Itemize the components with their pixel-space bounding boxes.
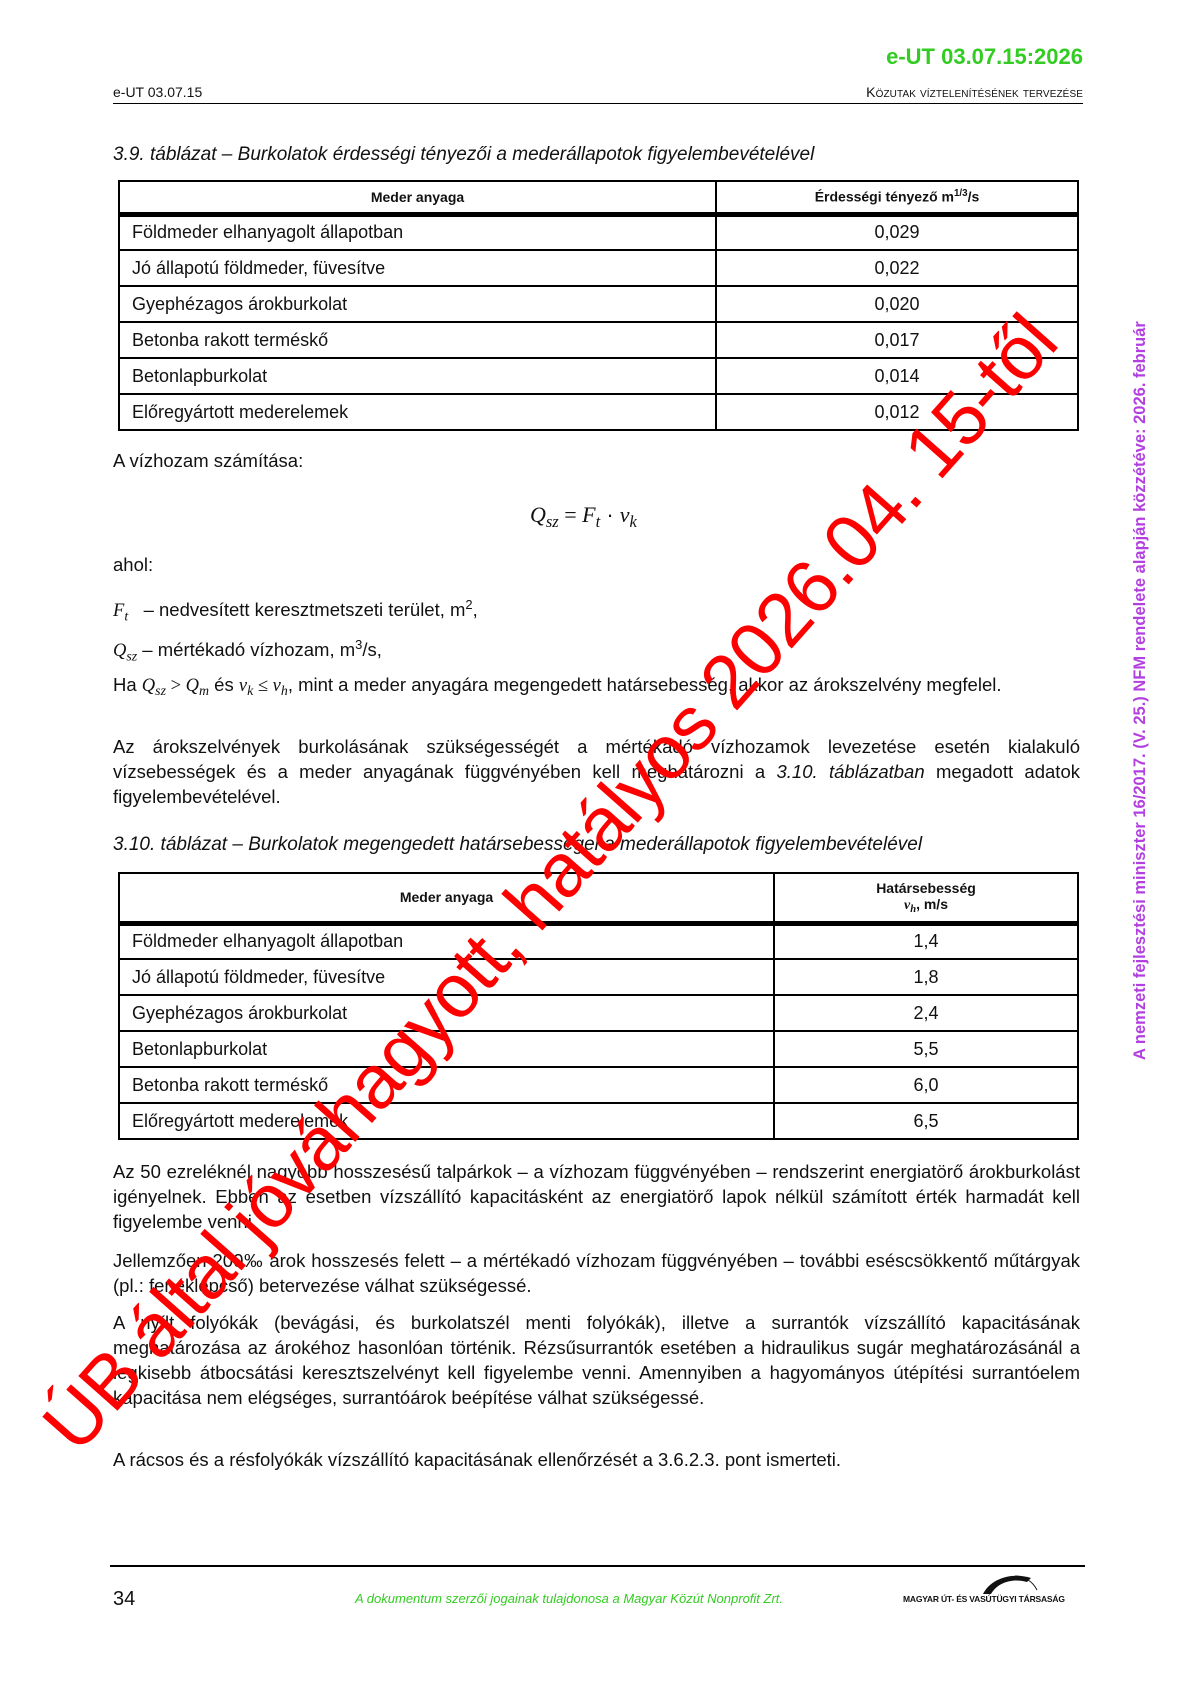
table-row: Gyephézagos árokburkolat0,020 bbox=[119, 286, 1078, 322]
material-cell: Gyephézagos árokburkolat bbox=[119, 995, 774, 1031]
table1-col-roughness: Érdességi tényező m1/3/s bbox=[716, 181, 1078, 214]
material-cell: Betonlapburkolat bbox=[119, 1031, 774, 1067]
publication-note: A nemzeti fejlesztési miniszter 16/2017.… bbox=[1131, 321, 1150, 1060]
velocity-table: Meder anyaga Határsebességvh, m/s Földme… bbox=[118, 872, 1079, 1140]
material-cell: Jó állapotú földmeder, füvesítve bbox=[119, 250, 716, 286]
table-row: Földmeder elhanyagolt állapotban1,4 bbox=[119, 923, 1078, 959]
value-cell: 0,022 bbox=[716, 250, 1078, 286]
value-cell: 1,4 bbox=[774, 923, 1078, 959]
where-label: ahol: bbox=[113, 552, 1080, 577]
value-cell: 0,012 bbox=[716, 394, 1078, 430]
value-cell: 6,5 bbox=[774, 1103, 1078, 1139]
page-number: 34 bbox=[113, 1588, 135, 1611]
value-cell: 6,0 bbox=[774, 1067, 1078, 1103]
copyright-notice: A dokumentum szerzői jogainak tulajdonos… bbox=[355, 1591, 783, 1606]
material-cell: Jó állapotú földmeder, füvesítve bbox=[119, 959, 774, 995]
condition-paragraph: Ha Qsz > Qm és vk ≤ vh, mint a meder any… bbox=[113, 672, 1080, 704]
table-row: Jó állapotú földmeder, füvesítve1,8 bbox=[119, 959, 1078, 995]
footer-rule bbox=[110, 1565, 1085, 1567]
material-cell: Betonba rakott terméskő bbox=[119, 1067, 774, 1103]
value-cell: 0,014 bbox=[716, 358, 1078, 394]
def-qsz: Qsz – mértékadó vízhozam, m3/s, bbox=[113, 632, 1080, 669]
table-row: Jó állapotú földmeder, füvesítve0,022 bbox=[119, 250, 1078, 286]
table2-caption: 3.10. táblázat – Burkolatok megengedett … bbox=[113, 834, 922, 856]
paragraph-open-gutters: A nyílt folyókák (bevágási, és burkolats… bbox=[113, 1310, 1080, 1410]
table2-col-velocity: Határsebességvh, m/s bbox=[774, 873, 1078, 923]
table-row: Földmeder elhanyagolt állapotban0,029 bbox=[119, 214, 1078, 250]
table-row: Előregyártott mederelemek0,012 bbox=[119, 394, 1078, 430]
lining-paragraph: Az árokszelvények burkolásának szükséges… bbox=[113, 734, 1080, 809]
material-cell: Előregyártott mederelemek bbox=[119, 394, 716, 430]
value-cell: 5,5 bbox=[774, 1031, 1078, 1067]
logo-text: MAGYAR ÚT- ÉS VASÚTÜGYI TÁRSASÁG bbox=[903, 1594, 1065, 1604]
table1-col-material: Meder anyaga bbox=[119, 181, 716, 214]
table-row: Betonlapburkolat0,014 bbox=[119, 358, 1078, 394]
table2-col-material: Meder anyaga bbox=[119, 873, 774, 923]
header-rule bbox=[113, 103, 1083, 104]
material-cell: Betonba rakott terméskő bbox=[119, 322, 716, 358]
roughness-table: Meder anyaga Érdességi tényező m1/3/s Fö… bbox=[118, 180, 1079, 431]
value-cell: 0,017 bbox=[716, 322, 1078, 358]
table-row: Betonlapburkolat5,5 bbox=[119, 1031, 1078, 1067]
def-ft: Ft – nedvesített keresztmetszeti terület… bbox=[113, 592, 1080, 629]
header-left: e-UT 03.07.15 bbox=[113, 84, 202, 100]
value-cell: 1,8 bbox=[774, 959, 1078, 995]
value-cell: 2,4 bbox=[774, 995, 1078, 1031]
material-cell: Földmeder elhanyagolt állapotban bbox=[119, 923, 774, 959]
table-row: Gyephézagos árokburkolat2,4 bbox=[119, 995, 1078, 1031]
header-title: Közutak víztelenítésének tervezése bbox=[866, 84, 1083, 100]
table1-caption: 3.9. táblázat – Burkolatok érdességi tén… bbox=[113, 144, 814, 166]
value-cell: 0,020 bbox=[716, 286, 1078, 322]
material-cell: Előregyártott mederelemek bbox=[119, 1103, 774, 1139]
table-row: Betonba rakott terméskő6,0 bbox=[119, 1067, 1078, 1103]
material-cell: Gyephézagos árokburkolat bbox=[119, 286, 716, 322]
table-row: Előregyártott mederelemek6,5 bbox=[119, 1103, 1078, 1139]
formula: Qsz = Ft · vk bbox=[530, 502, 637, 532]
society-logo: MAGYAR ÚT- ÉS VASÚTÜGYI TÁRSASÁG bbox=[903, 1568, 1083, 1608]
paragraph-steep-ditches: Az 50 ezreléknél nagyobb hosszesésű talp… bbox=[113, 1159, 1080, 1234]
standard-code: e-UT 03.07.15:2026 bbox=[886, 44, 1083, 70]
material-cell: Betonlapburkolat bbox=[119, 358, 716, 394]
table-row: Betonba rakott terméskő0,017 bbox=[119, 322, 1078, 358]
paragraph-grate-gutters: A rácsos és a résfolyókák vízszállító ka… bbox=[113, 1447, 1080, 1472]
value-cell: 0,029 bbox=[716, 214, 1078, 250]
material-cell: Földmeder elhanyagolt állapotban bbox=[119, 214, 716, 250]
paragraph-drop-structures: Jellemzően 200‰ árok hosszesés felett – … bbox=[113, 1248, 1080, 1298]
calc-title: A vízhozam számítása: bbox=[113, 448, 1080, 473]
